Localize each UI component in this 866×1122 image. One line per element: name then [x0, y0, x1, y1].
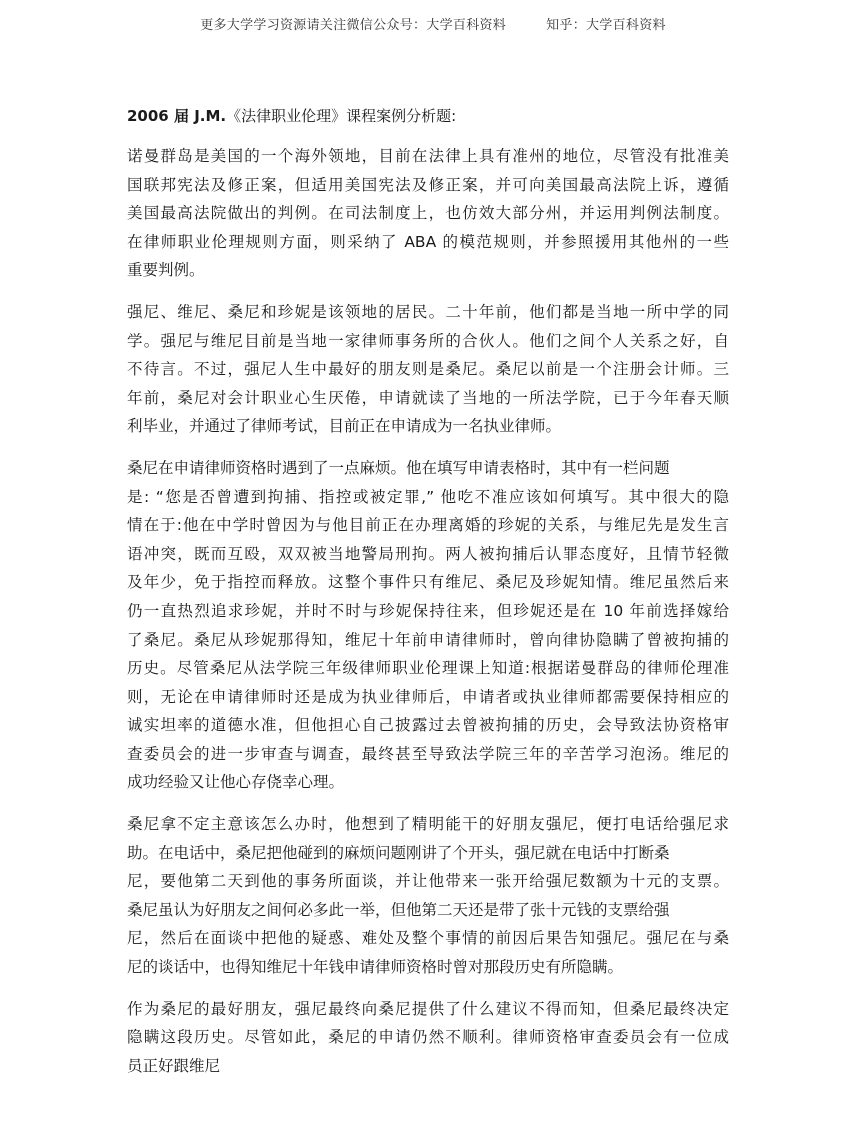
text-line: 在律师职业伦理规则方面，则采纳了 ABA 的模范规则，并参照援用其他州的一些 — [127, 228, 729, 257]
text-line: 情在于:他在中学时曾因为与他目前正在办理离婚的珍妮的关系，与维尼先是发生言 — [127, 511, 729, 540]
text-line: 年前，桑尼对会计职业心生厌倦，申请就读了当地的一所法学院，已于今年春天顺 — [127, 384, 729, 413]
document-body: 2006 届 J.M.《法律职业伦理》课程案例分析题: 诺曼群岛是美国的一个海外… — [127, 104, 729, 1093]
page-header: 更多大学学习资源请关注微信公众号：大学百科资料知乎：大学百科资料 — [0, 14, 866, 33]
text-line: 美国最高法院做出的判例。在司法制度上，也仿效大部分州，并运用判例法制度。 — [127, 199, 729, 228]
text-line: 诺曼群岛是美国的一个海外领地，目前在法律上具有准州的地位，尽管没有批准美 — [127, 142, 729, 171]
text-line: 学。强尼与维尼目前是当地一家律师事务所的合伙人。他们之间个人关系之好，自 — [127, 327, 729, 356]
text-line: 利毕业，并通过了律师考试，目前正在申请成为一名执业律师。 — [127, 412, 729, 441]
text-line: 则，无论在申请律师时还是成为执业律师后，申请者或执业律师都需要保持相应的 — [127, 683, 729, 712]
text-line: 及年少，免于指控而释放。这整个事件只有维尼、桑尼及珍妮知情。维尼虽然后来 — [127, 568, 729, 597]
title-prefix: 2006 届 J.M. — [127, 107, 226, 125]
document-title: 2006 届 J.M.《法律职业伦理》课程案例分析题: — [127, 104, 729, 128]
paragraph-4: 桑尼拿不定主意该怎么办时，他想到了精明能干的好朋友强尼，便打电话给强尼求 助。在… — [127, 810, 729, 982]
text-line: 尼，然后在面谈中把他的疑惑、难处及整个事情的前因后果告知强尼。强尼在与桑 — [127, 924, 729, 953]
text-line: 历史。尽管桑尼从法学院三年级律师职业伦理课上知道:根据诺曼群岛的律师伦理准 — [127, 654, 729, 683]
text-line: 尼的谈话中，也得知维尼十年钱申请律师资格时曾对那段历史有所隐瞒。 — [127, 953, 729, 982]
text-line: 强尼、维尼、桑尼和珍妮是该领地的居民。二十年前，他们都是当地一所中学的同 — [127, 298, 729, 327]
text-line: 隐瞒这段历史。尽管如此，桑尼的申请仍然不顺利。律师资格审查委员会有一位成 — [127, 1023, 729, 1052]
paragraph-3: 桑尼在申请律师资格时遇到了一点麻烦。他在填写申请表格时，其中有一栏问题 是: “… — [127, 454, 729, 797]
header-zhihu-note: 知乎：大学百科资料 — [546, 18, 666, 33]
title-text: 《法律职业伦理》课程案例分析题: — [226, 107, 456, 125]
text-line: 作为桑尼的最好朋友，强尼最终向桑尼提供了什么建议不得而知，但桑尼最终决定 — [127, 995, 729, 1024]
text-line: 语冲突，既而互殴，双双被当地警局刑拘。两人被拘捕后认罪态度好，且情节轻微 — [127, 540, 729, 569]
paragraph-5: 作为桑尼的最好朋友，强尼最终向桑尼提供了什么建议不得而知，但桑尼最终决定 隐瞒这… — [127, 995, 729, 1081]
paragraph-1: 诺曼群岛是美国的一个海外领地，目前在法律上具有准州的地位，尽管没有批准美 国联邦… — [127, 142, 729, 285]
text-line: 仍一直热烈追求珍妮，并时不时与珍妮保持往来，但珍妮还是在 10 年前选择嫁给 — [127, 597, 729, 626]
text-line: 员正好跟维尼 — [127, 1052, 729, 1081]
text-line: 不待言。不过，强尼人生中最好的朋友则是桑尼。桑尼以前是一个注册会计师。三 — [127, 355, 729, 384]
header-wechat-note: 更多大学学习资源请关注微信公众号：大学百科资料 — [200, 18, 506, 33]
text-line: 国联邦宪法及修正案，但适用美国宪法及修正案，并可向美国最高法院上诉，遵循 — [127, 171, 729, 200]
text-line: 了桑尼。桑尼从珍妮那得知，维尼十年前申请律师时，曾向律协隐瞒了曾被拘捕的 — [127, 626, 729, 655]
text-line: 成功经验又让他心存侥幸心理。 — [127, 768, 729, 797]
text-line: 查委员会的进一步审查与调查，最终甚至导致法学院三年的辛苦学习泡汤。维尼的 — [127, 740, 729, 769]
text-line: 桑尼在申请律师资格时遇到了一点麻烦。他在填写申请表格时，其中有一栏问题 — [127, 454, 729, 483]
text-line: 桑尼拿不定主意该怎么办时，他想到了精明能干的好朋友强尼，便打电话给强尼求 — [127, 810, 729, 839]
text-line: 尼，要他第二天到他的事务所面谈，并让他带来一张开给强尼数额为十元的支票。 — [127, 867, 729, 896]
text-line: 助。在电话中，桑尼把他碰到的麻烦问题刚讲了个开头，强尼就在电话中打断桑 — [127, 839, 729, 868]
text-line: 重要判例。 — [127, 256, 729, 285]
text-line: 桑尼虽认为好朋友之间何必多此一举，但他第二天还是带了张十元钱的支票给强 — [127, 896, 729, 925]
text-line: 是: “您是否曾遭到拘捕、指控或被定罪,” 他吃不准应该如何填写。其中很大的隐 — [127, 483, 729, 512]
paragraph-2: 强尼、维尼、桑尼和珍妮是该领地的居民。二十年前，他们都是当地一所中学的同 学。强… — [127, 298, 729, 441]
text-line: 诚实坦率的道德水准，但他担心自己披露过去曾被拘捕的历史，会导致法协资格审 — [127, 711, 729, 740]
